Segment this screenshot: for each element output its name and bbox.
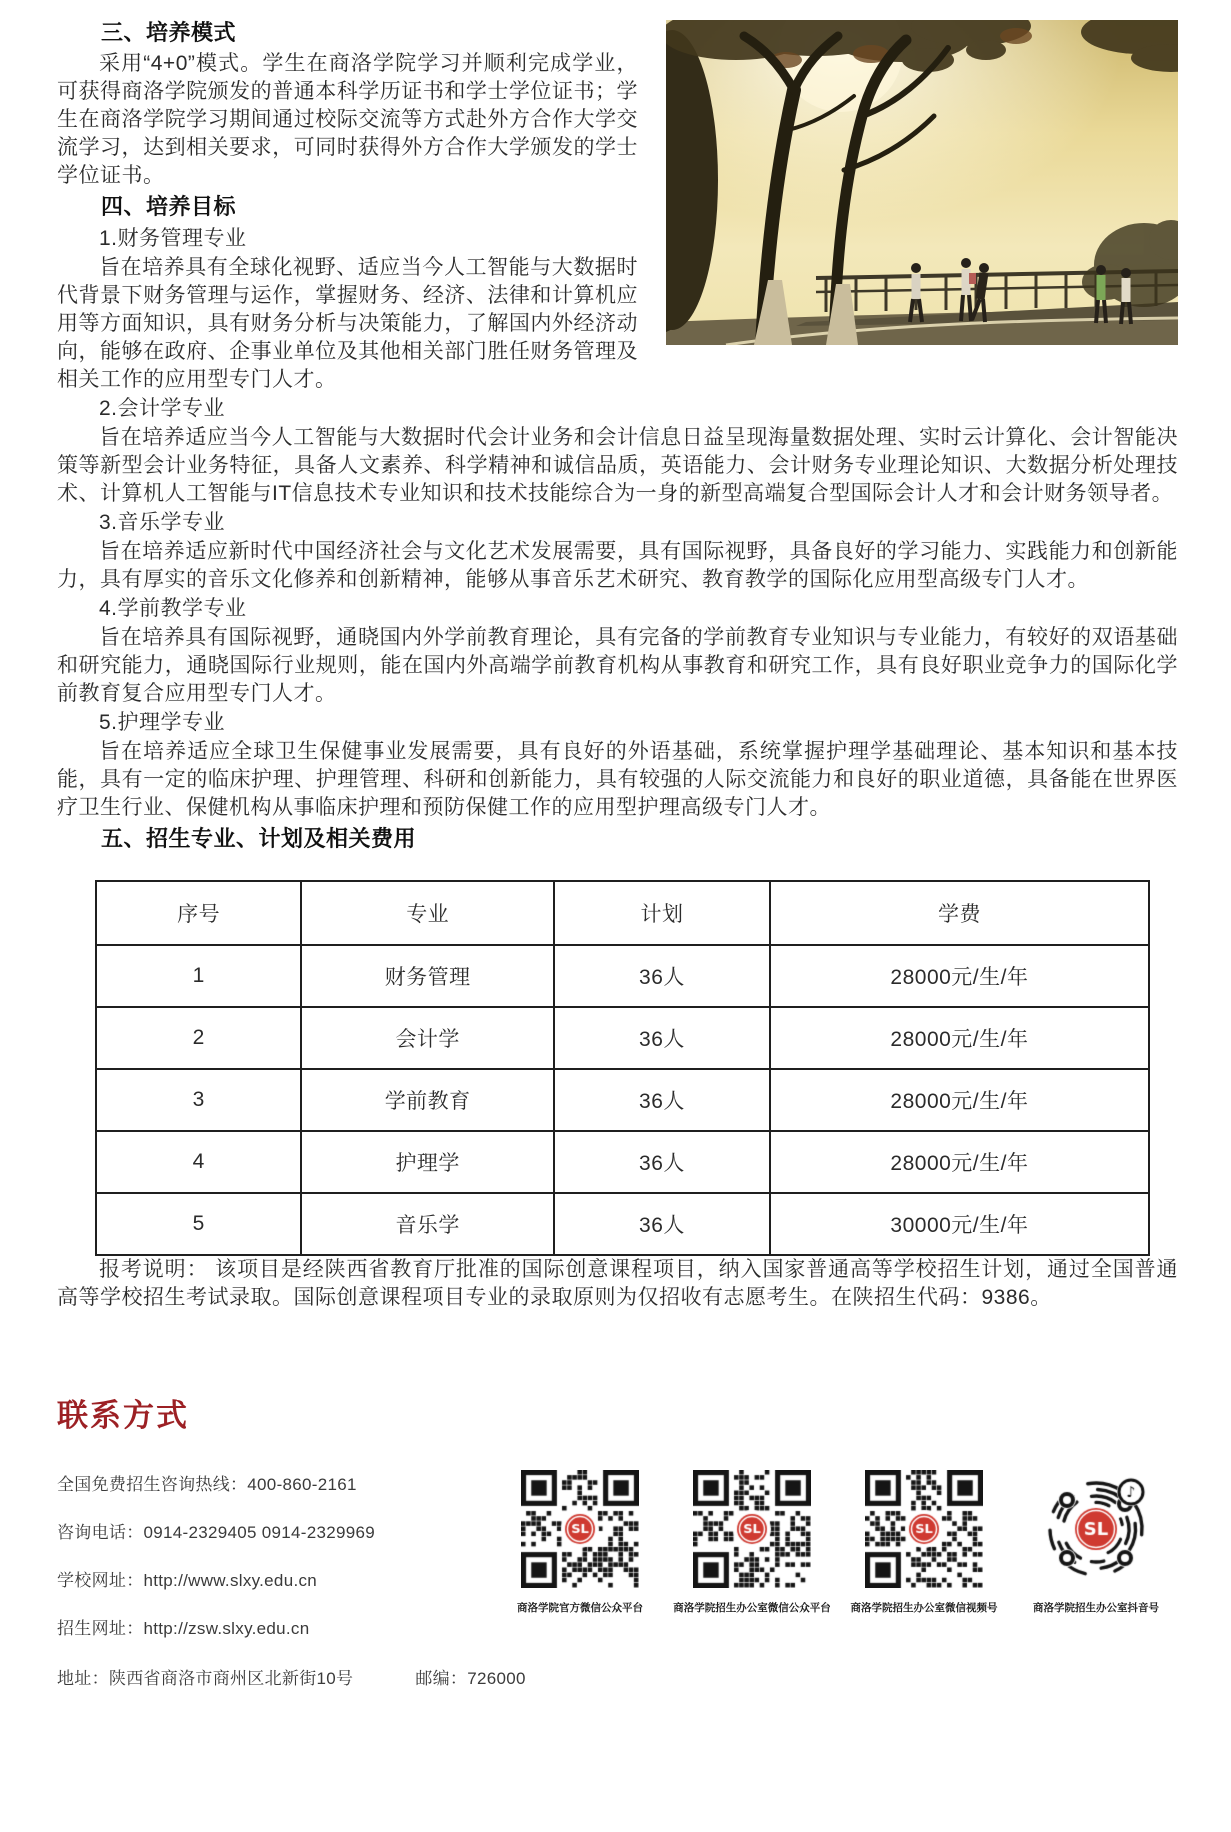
major-desc-music: 旨在培养适应新时代中国经济社会与文化艺术发展需要，具有国际视野，具备良好的学习能… (57, 538, 1178, 594)
section-heading-enrollment-plan: 五、招生专业、计划及相关费用 (57, 824, 1178, 854)
table-cell: 36人 (554, 1007, 770, 1069)
table-cell: 音乐学 (301, 1193, 554, 1255)
table-cell: 28000元/生/年 (770, 1007, 1149, 1069)
header-cell-tuition: 学费 (770, 881, 1149, 945)
table-row: 3 学前教育 36人 28000元/生/年 (96, 1069, 1149, 1131)
major-desc-nursing: 旨在培养适应全球卫生保健事业发展需要，具有良好的外语基础，系统掌握护理学基础理论… (57, 738, 1178, 822)
table-cell: 30000元/生/年 (770, 1193, 1149, 1255)
table-cell: 护理学 (301, 1131, 554, 1193)
table-header-row: 序号 专业 计划 学费 (96, 881, 1149, 945)
header-cell-plan: 计划 (554, 881, 770, 945)
campus-photo-graphic (666, 20, 1178, 345)
table-cell: 36人 (554, 945, 770, 1007)
table-row: 4 护理学 36人 28000元/生/年 (96, 1131, 1149, 1193)
fee-table: 序号 专业 计划 学费 1 财务管理 36人 28000元/生/年 2 (95, 880, 1150, 1256)
major-title-preschool: 4.学前教学专业 (57, 594, 1178, 624)
contact-postcode: 邮编：726000 (415, 1669, 525, 1688)
contact-address-line: 地址：陕西省商洛市商州区北新街10号邮编：726000 (57, 1664, 1178, 1689)
contact-admissions-website: 招生网址：http://zsw.slxy.edu.cn (57, 1614, 519, 1639)
application-note: 报考说明： 该项目是经陕西省教育厅批准的国际创意课程项目，纳入国家普通高等学校招… (57, 1256, 1178, 1312)
table-cell: 5 (96, 1193, 301, 1255)
page-content: 三、培养模式 采用“4+0”模式。学生在商洛学院学习并顺利完成学业，可获得商洛学… (57, 16, 1178, 1689)
table-cell: 会计学 (301, 1007, 554, 1069)
qr-caption: 商洛学院招生办公室抖音号 (1033, 1600, 1159, 1615)
table-cell: 学前教育 (301, 1069, 554, 1131)
contact-hotline: 全国免费招生咨询热线：400-860-2161 (57, 1470, 519, 1495)
table-cell: 4 (96, 1131, 301, 1193)
table-cell: 3 (96, 1069, 301, 1131)
contact-lines: 全国免费招生咨询热线：400-860-2161 咨询电话：0914-232940… (57, 1470, 519, 1662)
table-cell: 28000元/生/年 (770, 945, 1149, 1007)
major-title-accounting: 2.会计学专业 (57, 394, 1178, 424)
campus-sunset-photo (666, 20, 1178, 345)
qr-item-wechat-official: 商洛学院官方微信公众平台 (519, 1470, 641, 1615)
qr-code-row: 商洛学院官方微信公众平台 商洛学院招生办公室微信公众平台 商洛学院招生办公室微信… (519, 1470, 1157, 1615)
admissions-brochure-page: 三、培养模式 采用“4+0”模式。学生在商洛学院学习并顺利完成学业，可获得商洛学… (0, 0, 1231, 1832)
major-desc-accounting: 旨在培养适应当今人工智能与大数据时代会计业务和会计信息日益呈现海量数据处理、实时… (57, 424, 1178, 508)
table-cell: 28000元/生/年 (770, 1069, 1149, 1131)
table-cell: 36人 (554, 1193, 770, 1255)
qr-code-wechat-video (865, 1470, 983, 1588)
table-cell: 1 (96, 945, 301, 1007)
major-title-music: 3.音乐学专业 (57, 508, 1178, 538)
qr-item-admissions-wechat: 商洛学院招生办公室微信公众平台 (691, 1470, 813, 1615)
qr-item-wechat-video: 商洛学院招生办公室微信视频号 (863, 1470, 985, 1615)
table-cell: 36人 (554, 1131, 770, 1193)
table-cell: 财务管理 (301, 945, 554, 1007)
table-cell: 2 (96, 1007, 301, 1069)
major-title-nursing: 5.护理学专业 (57, 708, 1178, 738)
qr-caption: 商洛学院招生办公室微信视频号 (851, 1600, 998, 1615)
header-cell-major: 专业 (301, 881, 554, 945)
qr-item-douyin: 商洛学院招生办公室抖音号 (1035, 1470, 1157, 1615)
qr-caption: 商洛学院官方微信公众平台 (517, 1600, 643, 1615)
table-cell: 36人 (554, 1069, 770, 1131)
major-desc-preschool: 旨在培养具有国际视野，通晓国内外学前教育理论，具有完备的学前教育专业知识与专业能… (57, 624, 1178, 708)
contact-school-website: 学校网址：http://www.slxy.edu.cn (57, 1566, 519, 1591)
table-row: 5 音乐学 36人 30000元/生/年 (96, 1193, 1149, 1255)
header-cell-index: 序号 (96, 881, 301, 945)
qr-caption: 商洛学院招生办公室微信公众平台 (673, 1600, 831, 1615)
contact-title: 联系方式 (57, 1396, 1178, 1436)
contact-phone: 咨询电话：0914-2329405 0914-2329969 (57, 1518, 519, 1543)
table-row: 1 财务管理 36人 28000元/生/年 (96, 945, 1149, 1007)
table-row: 2 会计学 36人 28000元/生/年 (96, 1007, 1149, 1069)
qr-code-wechat-official (521, 1470, 639, 1588)
qr-code-admissions-wechat (693, 1470, 811, 1588)
contact-address: 地址：陕西省商洛市商州区北新街10号 (57, 1669, 353, 1688)
contact-section: 联系方式 全国免费招生咨询热线：400-860-2161 咨询电话：0914-2… (57, 1396, 1178, 1689)
qr-code-douyin (1037, 1470, 1155, 1588)
table-cell: 28000元/生/年 (770, 1131, 1149, 1193)
